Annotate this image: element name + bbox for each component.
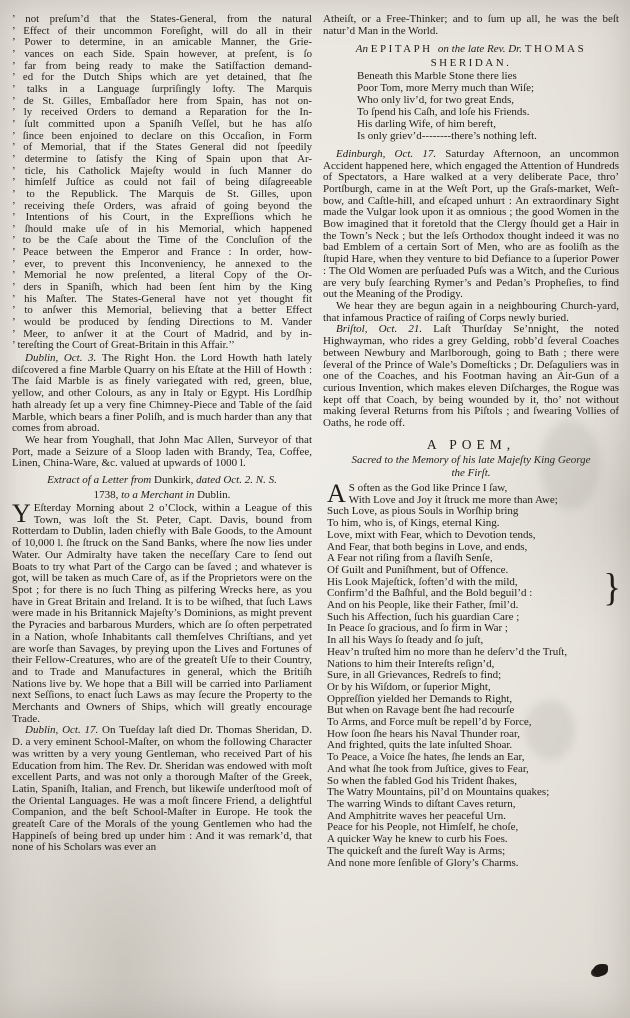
quoted-line: ’ his Maſter. The States-General have no… <box>12 294 312 306</box>
epitaph-heading-segment: SHERIDAN. <box>431 57 512 69</box>
article-paragraph: Dublin, Oct. 17. On Tueſday laſt died Dr… <box>12 725 312 854</box>
letter-heading-segment: Extract of a Letter from <box>47 474 154 486</box>
memorial-poem: AS often as the God like Prince I ſaw, W… <box>327 483 619 869</box>
quoted-line: ’ ever, to prevent this Inconveniency, h… <box>12 259 312 271</box>
epitaph-heading-segment: EPITAPH <box>371 43 438 55</box>
quoted-line: ’ Meer, to anſwer it at the Court of Mad… <box>12 329 312 341</box>
article-paragraph: We hear from Youghall, that John Mac All… <box>12 435 312 470</box>
poem-lines: With Love and Joy it ſtruck me more than… <box>327 495 619 870</box>
quoted-line: ’ de St. Gilles, Embaſſador here from Sp… <box>12 96 312 108</box>
poem-line: And none more ſenſible of Glory’s Charms… <box>327 858 619 870</box>
quoted-line: ’ tereſting the Court of Great-Britain i… <box>12 340 312 352</box>
quoted-line: ’ talks in a Language ſurpriſingly lofty… <box>12 84 312 96</box>
article-dateline: Dublin, Oct. 3. <box>25 352 102 364</box>
poem-line: Or by his Wiſdom, or ſuperior Might, <box>327 682 619 694</box>
article-paragraph: Dublin, Oct. 3. The Right Hon. the Lord … <box>12 353 312 435</box>
epitaph-heading-segment: THOMAS <box>525 43 586 55</box>
letter-heading-line2: 1738, to a Merchant in Dublin. <box>12 489 312 502</box>
article-body: Laſt Thurſday Se’nnight, the noted Highw… <box>323 323 619 429</box>
article-body: The Right Hon. the Lord Howth hath latel… <box>12 352 312 434</box>
epitaph-heading-line1: An EPITAPH on the late Rev. Dr. THOMAS <box>323 43 619 56</box>
quoted-line: ’ ly received Orders to demand a Reparat… <box>12 107 312 119</box>
article-paragraph: Briſtol, Oct. 21. Laſt Thurſday Se’nnigh… <box>323 324 619 429</box>
quoted-line: ’ Effect of their uncommon Foreſight, wi… <box>12 26 312 38</box>
poem-line: And on his People, like their Father, ſm… <box>327 600 619 612</box>
quoted-line: ’ not preſum’d that the States-General, … <box>12 14 312 26</box>
newspaper-page: ’ not preſum’d that the States-General, … <box>0 0 630 1018</box>
article-body: We hear from Youghall, that John Mac All… <box>12 434 312 469</box>
left-articles-bottom: Dublin, Oct. 17. On Tueſday laſt died Dr… <box>12 725 312 854</box>
article-paragraph: Edinburgh, Oct. 17. Saturday Afternoon, … <box>323 149 619 301</box>
quoted-line: ’ Peace between the Emperor and France :… <box>12 247 312 259</box>
article-dateline: Dublin, Oct. 17. <box>25 724 102 736</box>
drop-cap: A <box>327 483 349 504</box>
poem-line: Heav’n truſted him no more than he deſer… <box>327 647 619 659</box>
quoted-line: ’ ders in Spaniſh, which had been ſent h… <box>12 282 312 294</box>
quoted-line: ’ ſince been enjoined to declare on this… <box>12 131 312 143</box>
epitaph-poem: Beneath this Marble Stone there liesPoor… <box>357 71 619 142</box>
letter-heading-segment: to a Merchant in <box>121 489 197 501</box>
left-column: ’ not preſum’d that the States-General, … <box>12 14 312 869</box>
quoted-line: ’ would be produced by ſending Direction… <box>12 317 312 329</box>
epitaph-heading-segment: An <box>356 43 371 55</box>
poem-line: And what ſhe took from Juſtice, gives to… <box>327 764 619 776</box>
quoted-line: ’ Memorial he now preſented, a literal C… <box>12 270 312 282</box>
letter-body: Eſterday Morning about 2 o’Clock, within… <box>12 502 312 725</box>
quoted-line: ’ vances on each Side. Spain however, at… <box>12 49 312 61</box>
right-articles: Edinburgh, Oct. 17. Saturday Afternoon, … <box>323 149 619 430</box>
page-columns: ’ not preſum’d that the States-General, … <box>0 0 630 869</box>
continuation-paragraph: Atheiſt, or a Free-Thinker; and to ſum u… <box>323 14 619 37</box>
letter-heading-line1: Extract of a Letter from Dunkirk, dated … <box>12 474 312 487</box>
article-dateline: Briſtol, Oct. 21. <box>336 323 433 335</box>
quoted-line: ’ ed for the Dutch Ships which are yet d… <box>12 72 312 84</box>
poem-line: Love, mixt with Fear, which to Devotion … <box>327 530 619 542</box>
epitaph-heading-segment: on the late Rev. Dr. <box>438 43 525 55</box>
quoted-line: ’ ticle, his Catholick Majeſty would in … <box>12 166 312 178</box>
letter-heading-segment: , dated Oct. 2. N. S. <box>191 474 277 486</box>
poem-first-line: AS often as the God like Prince I ſaw, <box>327 483 619 495</box>
quoted-line: ’ ſhould make uſe of in his Memorial, wh… <box>12 224 312 236</box>
quoted-line: ’ receiving theſe Orders, was afraid of … <box>12 201 312 213</box>
poem-line: The quickeſt and the ſureſt Way is Arms; <box>327 846 619 858</box>
letter-heading-segment: 1738, <box>94 489 122 501</box>
article-dateline: Edinburgh, Oct. 17. <box>336 148 445 160</box>
letter-body-paragraph: YEſterday Morning about 2 o’Clock, withi… <box>12 503 312 725</box>
quoted-line: ’ himſelf Juſtice as could not fail of b… <box>12 177 312 189</box>
quoted-line: ’ determine to ſatisfy the King of Spain… <box>12 154 312 166</box>
triplet-brace: } <box>603 570 621 608</box>
article-body: We hear they are begun again in a neighb… <box>323 300 619 324</box>
poem-line: The warring Winds to diſtant Caves retur… <box>327 799 619 811</box>
quoted-memorial-passage: ’ not preſum’d that the States-General, … <box>12 14 312 352</box>
quoted-line: ’ Power to determine, in an amicable Man… <box>12 37 312 49</box>
quoted-line: ’ to be the Caſe about the Time of the C… <box>12 235 312 247</box>
article-paragraph: We hear they are begun again in a neighb… <box>323 301 619 324</box>
quoted-line: ’ to anſwer this Memorial, believing tha… <box>12 305 312 317</box>
quoted-line: ’ of Memorial, that if the States Genera… <box>12 142 312 154</box>
left-articles-top: Dublin, Oct. 3. The Right Hon. the Lord … <box>12 353 312 470</box>
paper-smudge <box>4 560 14 740</box>
ink-blot <box>593 964 608 976</box>
letter-heading-segment: Dunkirk <box>154 474 191 486</box>
quoted-line: ’ ſult committed upon a Spaniſh Veſſel, … <box>12 119 312 131</box>
epitaph-heading-line2: SHERIDAN. <box>323 57 619 70</box>
letter-heading-segment: Dublin. <box>197 489 230 501</box>
poem-line-text: S often as the God like Prince I ſaw, <box>349 482 507 494</box>
epitaph-line: Is only griev’d--------there’s nothing l… <box>357 131 619 143</box>
quoted-line: ’ far from being ready to make the Satiſ… <box>12 61 312 73</box>
quoted-line: ’ Intentions of his Court, in the Expreſ… <box>12 212 312 224</box>
drop-cap: Y <box>12 503 34 524</box>
quoted-line: ’ to the Republick. The Marquis de St. G… <box>12 189 312 201</box>
article-body: Saturday Afternoon, an uncommon Accident… <box>323 148 619 300</box>
article-body: On Tueſday laſt died Dr. Thomas Sheridan… <box>12 724 312 853</box>
poem-line: Of Guilt and Puniſhment, but of Offence. <box>327 565 619 577</box>
